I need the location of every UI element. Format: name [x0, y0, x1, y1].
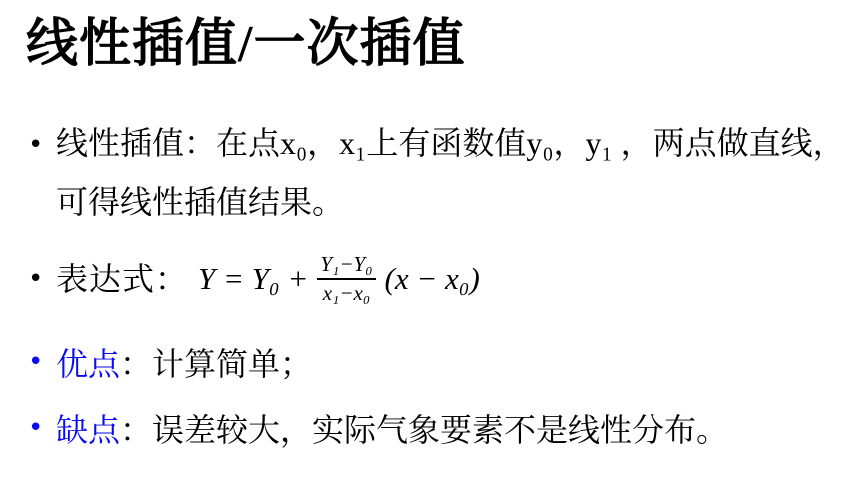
bullet-text-block: 缺点：误差较大，实际气象要素不是线性分布。	[56, 410, 728, 450]
presentation-slide: 线性插值/一次插值 • 线性插值：在点x₀，x₁上有函数值y₀，y₁ ，两点做直…	[0, 0, 844, 501]
disadvantage-text: ：误差较大，实际气象要素不是线性分布。	[120, 412, 728, 448]
formula-tail: (x − x₀)	[385, 260, 480, 299]
formula-expression: Y = Y₀ + Y₁−Y₀ x₁−x₀ (x − x₀)	[198, 252, 480, 306]
bullet-linear-interpolation-definition: • 线性插值：在点x₀，x₁上有函数值y₀，y₁ ，两点做直线， 可得线性插值结…	[28, 114, 840, 232]
bullet-text-block: 线性插值：在点x₀，x₁上有函数值y₀，y₁ ，两点做直线， 可得线性插值结果。	[56, 114, 844, 232]
formula-lhs: Y = Y₀ +	[198, 260, 308, 299]
bullet-marker: •	[28, 114, 56, 175]
bullet-line-1: 线性插值：在点x₀，x₁上有函数值y₀，y₁ ，两点做直线，	[56, 114, 844, 173]
advantage-text: ：计算简单；	[120, 346, 312, 382]
bullet-advantage: • 优点：计算简单；	[28, 344, 840, 384]
bullet-marker: •	[28, 410, 56, 445]
bullet-marker: •	[28, 263, 56, 296]
formula-fraction: Y₁−Y₀ x₁−x₀	[317, 252, 375, 306]
fraction-denominator: x₁−x₀	[323, 280, 370, 306]
bullet-disadvantage: • 缺点：误差较大，实际气象要素不是线性分布。	[28, 410, 840, 450]
formula-label: 表达式：	[56, 259, 188, 299]
slide-title: 线性插值/一次插值	[26, 12, 465, 77]
bullet-marker: •	[28, 344, 56, 379]
bullet-expression-formula: • 表达式： Y = Y₀ + Y₁−Y₀ x₁−x₀ (x − x₀)	[28, 246, 840, 312]
fraction-numerator: Y₁−Y₀	[317, 252, 375, 280]
advantage-term: 优点	[56, 346, 120, 382]
disadvantage-term: 缺点	[56, 412, 120, 448]
bullet-line-2: 可得线性插值结果。	[56, 173, 844, 232]
bullet-text-block: 优点：计算简单；	[56, 344, 312, 384]
